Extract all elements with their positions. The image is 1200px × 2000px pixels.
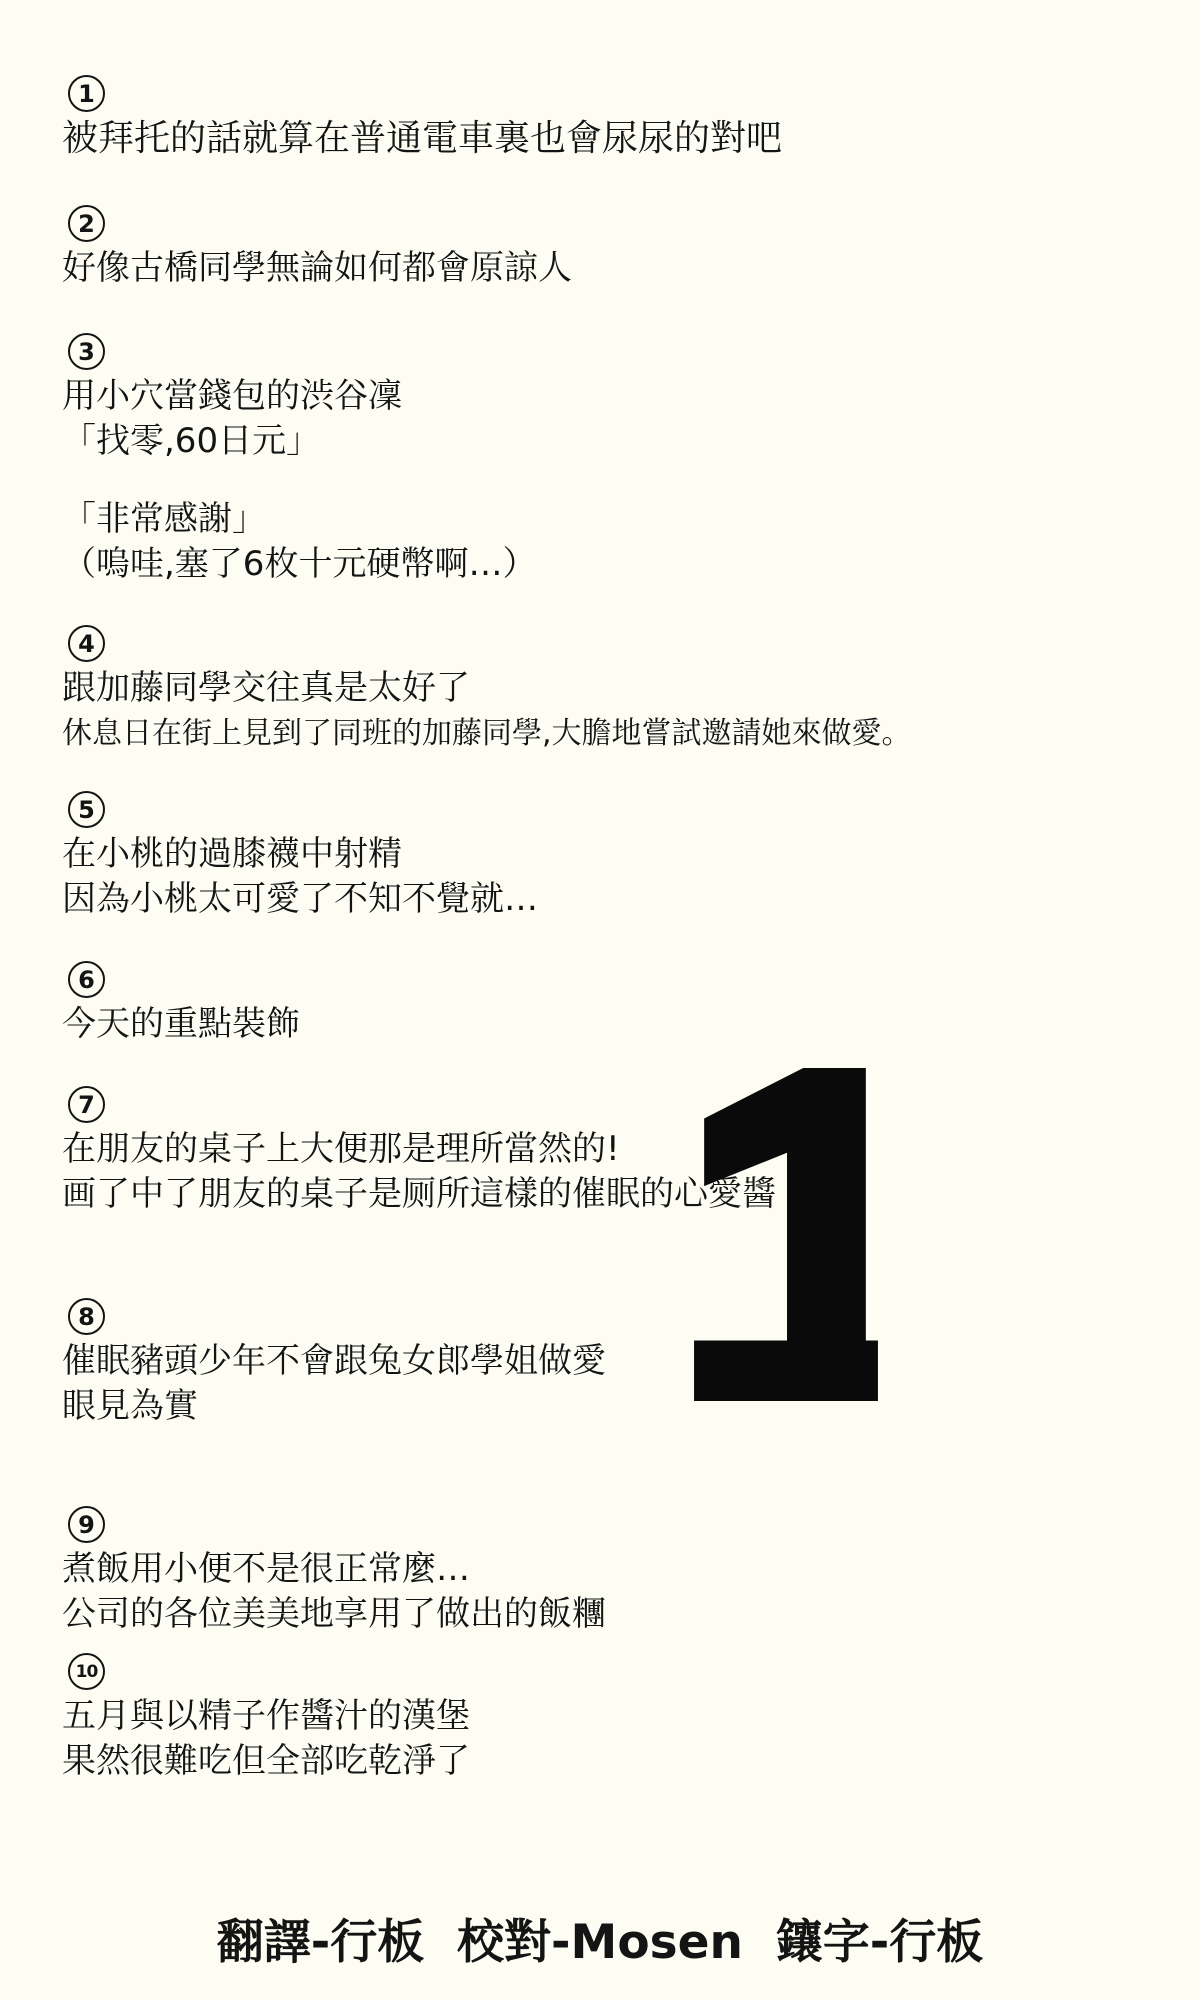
page: 1 被拜托的話就算在普通電車裏也會尿尿的對吧 2 好像古橋同學無論如何都會原諒人… [0,0,1200,2000]
section-number-badge: 7 [68,1086,105,1123]
caption-line: 果然很難吃但全部吃乾淨了 [62,1739,470,1784]
caption-line: 「非常感謝」 [62,497,536,542]
section-number-badge: 10 [68,1653,105,1690]
caption-line: 公司的各位美美地享用了做出的飯糰 [62,1592,606,1637]
caption-line: 画了中了朋友的桌子是厕所這樣的催眠的心愛醬 [62,1172,776,1217]
page-number-numeral: 1 [690,1068,882,1401]
section-number-badge: 5 [68,791,105,828]
section-number-badge: 8 [68,1298,105,1335]
caption-section: 1 被拜托的話就算在普通電車裏也會尿尿的對吧 [62,75,782,161]
section-number-badge: 1 [68,75,105,112]
section-number-badge: 9 [68,1506,105,1543]
caption-line: 五月與以精子作醬汁的漢堡 [62,1694,470,1739]
caption-section: 「非常感謝」 （嗚哇,塞了6枚十元硬幣啊…） [62,497,536,587]
footer-credits: 翻譯-行板 校對-Mosen 鑲字-行板 [0,1905,1200,1972]
caption-section: 7 在朋友的桌子上大便那是理所當然的! 画了中了朋友的桌子是厕所這樣的催眠的心愛… [62,1086,776,1217]
caption-section: 5 在小桃的過膝襪中射精 因為小桃太可愛了不知不覺就… [62,791,538,922]
caption-section: 9 煮飯用小便不是很正常麼… 公司的各位美美地享用了做出的飯糰 [62,1506,606,1637]
caption-line: 眼見為實 [62,1384,606,1429]
caption-section: 3 用小穴當錢包的渋谷凜 「找零,60日元」 [62,333,402,464]
caption-section: 6 今天的重點裝飾 [62,961,300,1047]
caption-line: 用小穴當錢包的渋谷凜 [62,374,402,419]
numeral-one-glyph [690,1068,882,1401]
caption-section: 8 催眠豬頭少年不會跟兔女郎學姐做愛 眼見為實 [62,1298,606,1429]
caption-line: 催眠豬頭少年不會跟兔女郎學姐做愛 [62,1339,606,1384]
section-number-badge: 3 [68,333,105,370]
caption-section: 10 五月與以精子作醬汁的漢堡 果然很難吃但全部吃乾淨了 [62,1653,470,1784]
caption-section: 2 好像古橋同學無論如何都會原諒人 [62,205,572,291]
caption-line: 因為小桃太可愛了不知不覺就… [62,877,538,922]
caption-line: （嗚哇,塞了6枚十元硬幣啊…） [62,542,536,587]
caption-line: 在朋友的桌子上大便那是理所當然的! [62,1127,776,1172]
section-number-badge: 4 [68,625,105,662]
caption-line: 煮飯用小便不是很正常麼… [62,1547,606,1592]
caption-line: 被拜托的話就算在普通電車裏也會尿尿的對吧 [62,116,782,161]
caption-section: 4 跟加藤同學交往真是太好了 休息日在街上見到了同班的加藤同學,大膽地嘗試邀請她… [62,625,912,756]
caption-line: 休息日在街上見到了同班的加藤同學,大膽地嘗試邀請她來做愛。 [62,711,912,756]
caption-line: 好像古橋同學無論如何都會原諒人 [62,246,572,291]
section-number-badge: 2 [68,205,105,242]
caption-line: 今天的重點裝飾 [62,1002,300,1047]
caption-line: 在小桃的過膝襪中射精 [62,832,538,877]
section-number-badge: 6 [68,961,105,998]
caption-line: 「找零,60日元」 [62,419,402,464]
caption-line: 跟加藤同學交往真是太好了 [62,666,912,711]
